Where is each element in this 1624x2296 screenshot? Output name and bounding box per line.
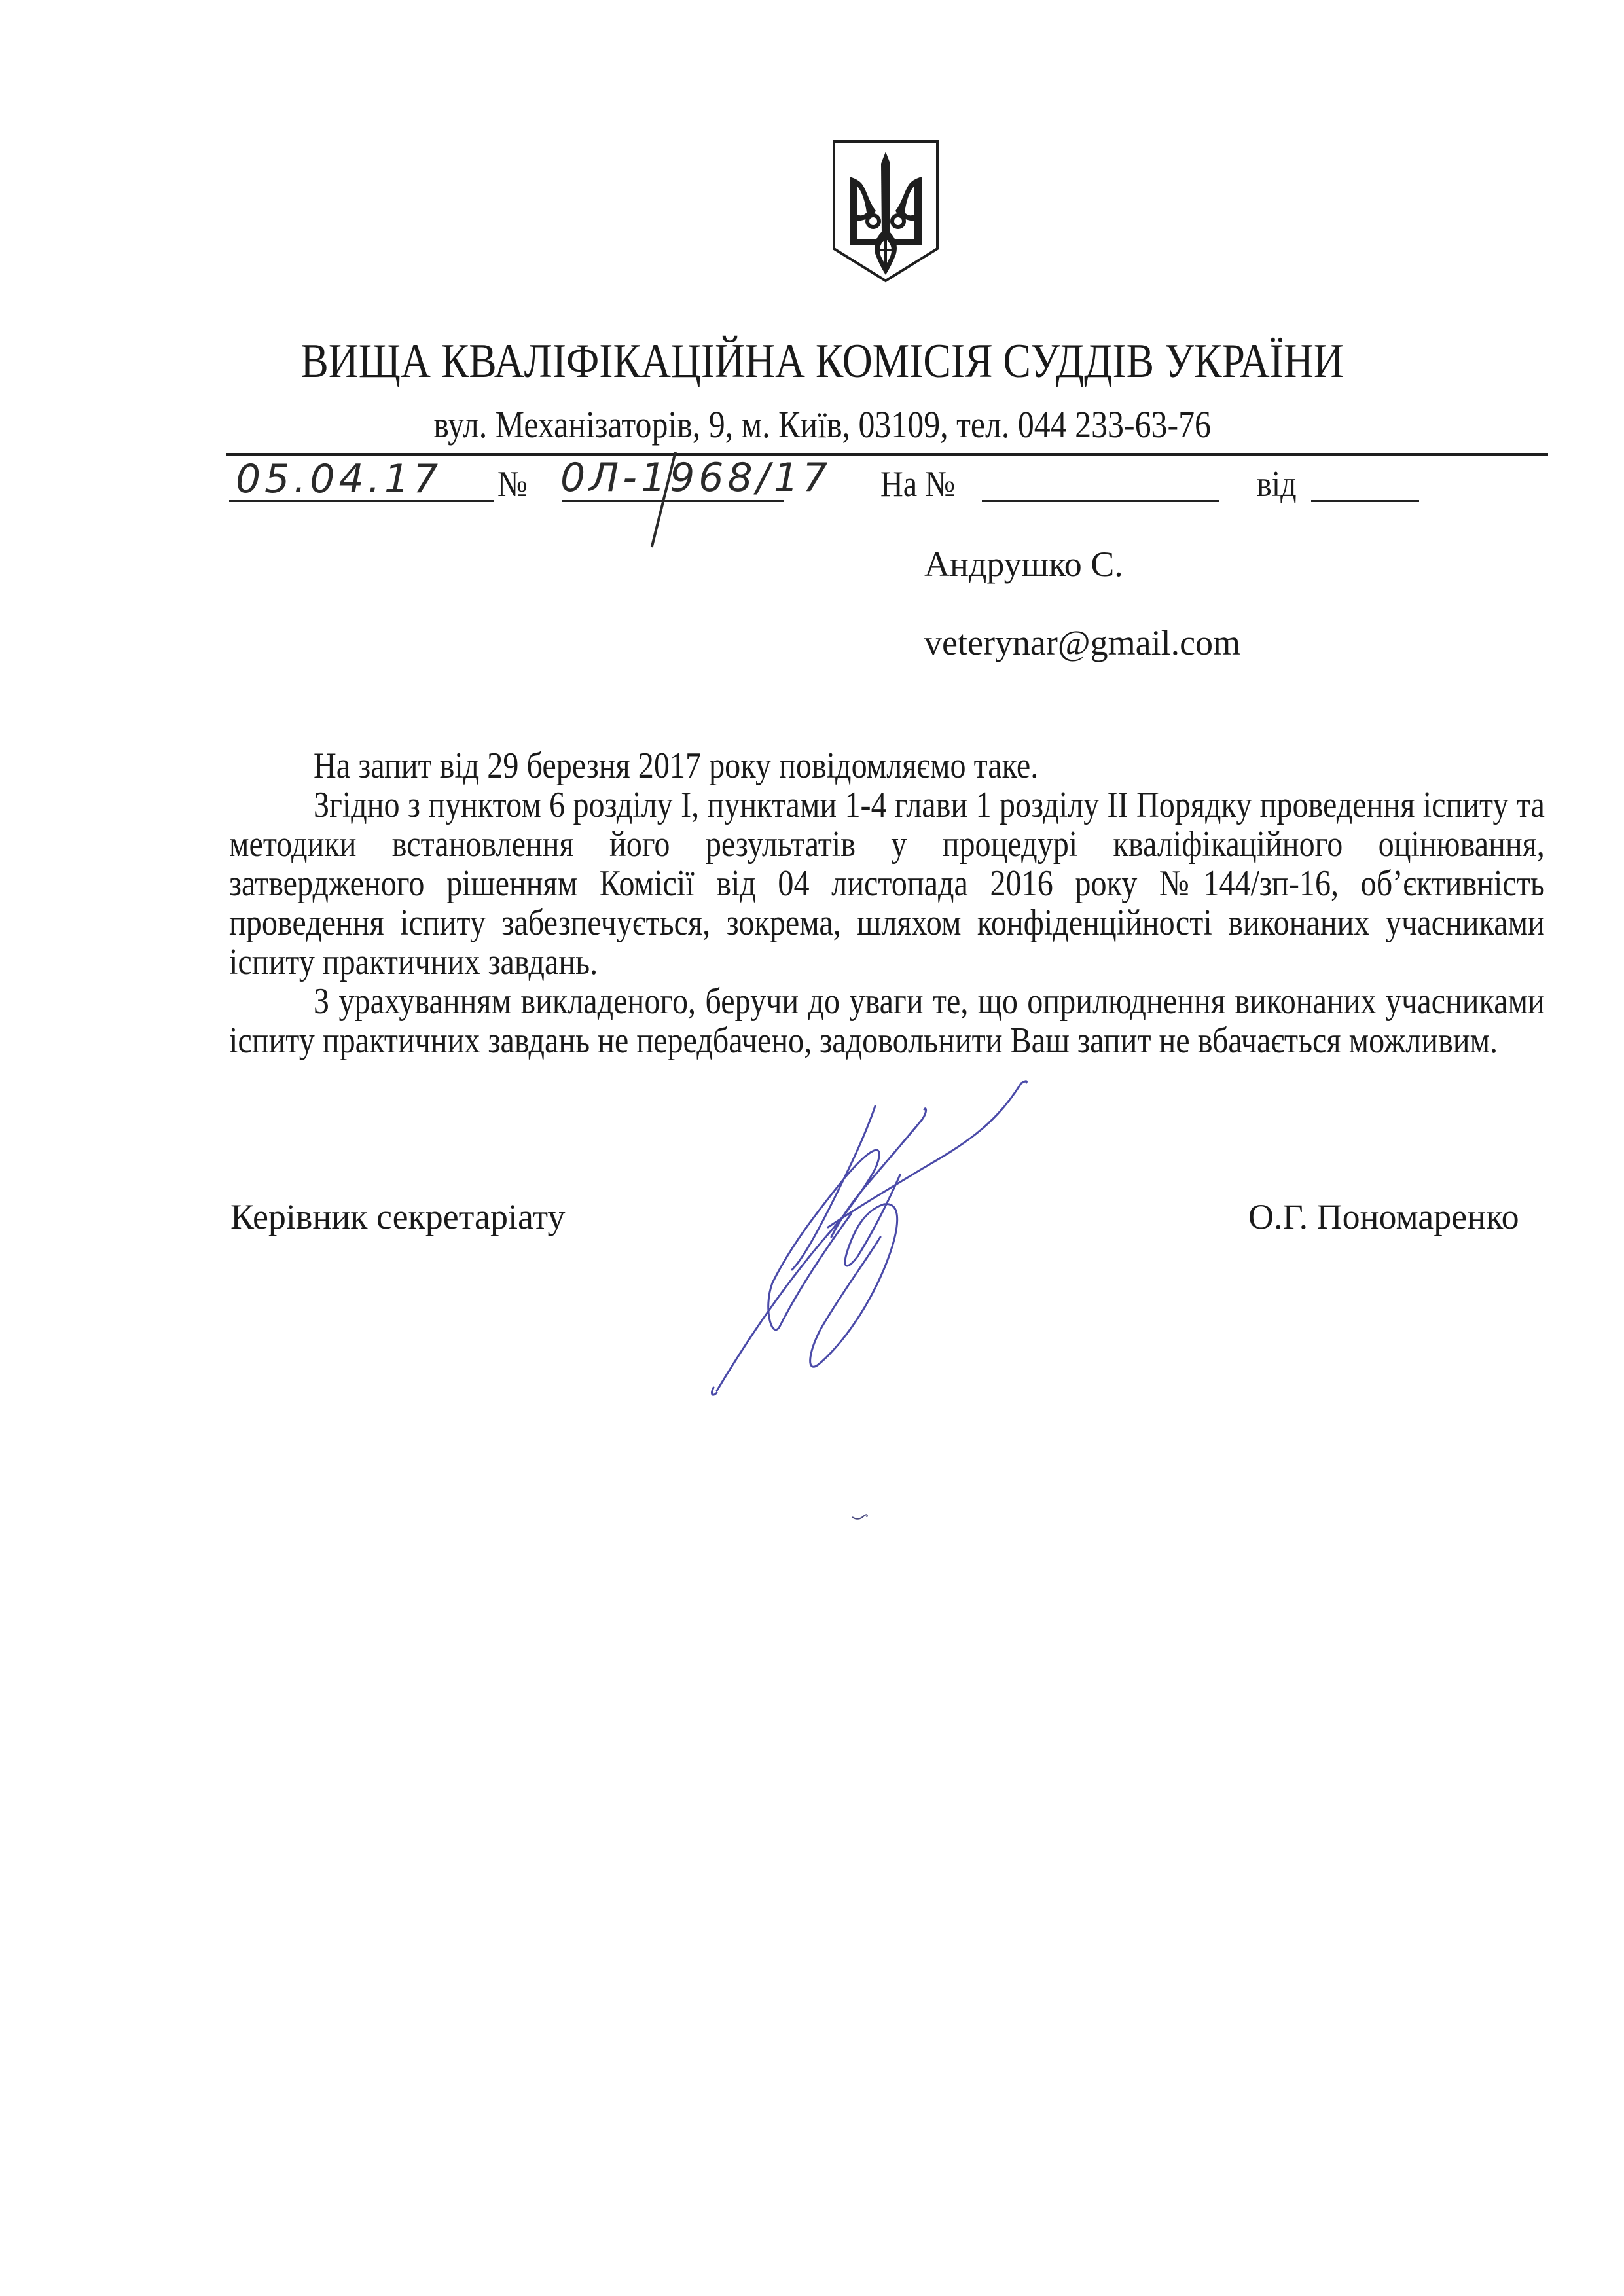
addressee-email: veterynar@gmail.com bbox=[924, 625, 1240, 660]
organization-address: вул. Механізаторів, 9, м. Київ, 03109, т… bbox=[124, 406, 1521, 444]
reference-number-label: На № bbox=[880, 466, 955, 503]
registration-number-label: № bbox=[497, 466, 528, 503]
reference-number-blank bbox=[982, 500, 1219, 502]
body-paragraph: З урахуванням викладеного, беручи до ува… bbox=[229, 982, 1545, 1060]
registration-number: 0Л-1968/17 bbox=[560, 458, 831, 497]
organization-name: ВИЩА КВАЛІФІКАЦІЙНА КОМІСІЯ СУДДІВ УКРАЇ… bbox=[124, 337, 1521, 386]
scan-artifact-mark bbox=[851, 1512, 871, 1521]
registration-date-underline bbox=[229, 500, 494, 502]
registration-number-underline bbox=[562, 500, 784, 502]
handwritten-signature-icon bbox=[687, 1073, 1146, 1414]
signer-title: Керівник секретаріату bbox=[230, 1199, 565, 1234]
signer-name: О.Г. Пономаренко bbox=[1248, 1199, 1519, 1234]
reference-date-blank bbox=[1311, 500, 1419, 502]
registration-date: 05.04.17 bbox=[236, 459, 442, 499]
reference-date-label: від bbox=[1257, 466, 1297, 503]
body-paragraph: На запит від 29 березня 2017 року повідо… bbox=[229, 746, 1545, 785]
body-paragraph: Згідно з пунктом 6 розділу I, пунктами 1… bbox=[229, 785, 1545, 982]
letter-body: На запит від 29 березня 2017 року повідо… bbox=[229, 746, 1545, 1060]
addressee-name: Андрушко С. bbox=[924, 547, 1123, 582]
coat-of-arms-icon bbox=[830, 137, 941, 285]
